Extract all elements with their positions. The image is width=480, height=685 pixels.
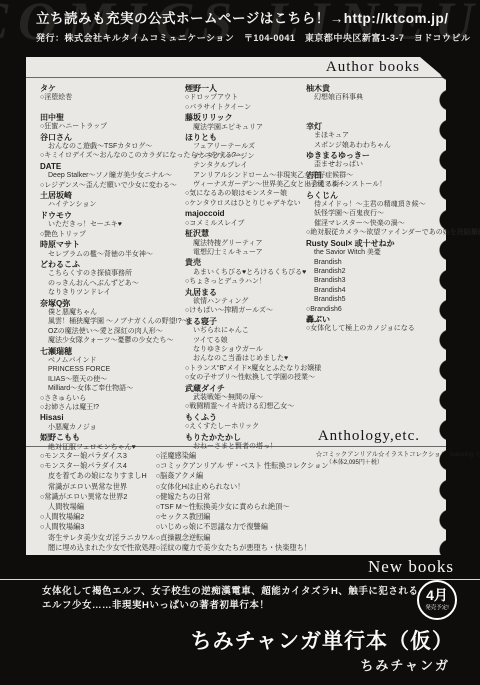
column-gap (306, 103, 480, 112)
anthology-column-3: ☆コミックアンリアル☆イラストコレクション featuring モグダン （本体… (316, 451, 480, 553)
book-title: 歪ませおっぱい (306, 160, 480, 169)
author-name: DATE (40, 161, 185, 171)
book-title: こちらくすのき探偵事務所 (40, 269, 185, 278)
book-title: ○トランス“B”メイド×魔女とふたなりお嬢様 (185, 364, 306, 373)
author-name: 柾沢慧 (185, 228, 306, 238)
author-name: 藤坂リリック (185, 112, 306, 122)
book-title: おんなのこ遊戯～TSFカタログ～ (40, 142, 185, 151)
book-title: ○パラサイトクイーン (185, 103, 306, 112)
book-title: 寄生サレタ美少女ガ淫ラニカワル (40, 533, 156, 543)
book-title: 催淫マレスター～快楽の渦～ (306, 219, 480, 228)
book-title: ヴィーナスガーデン～世界美乙女と出会える街～ (185, 180, 306, 189)
anthology-columns: ○モンスター娘パラダイス3○モンスター娘パラダイス4皮を着てあの娘になりすましH… (26, 447, 446, 553)
book-title: ○コメミルスレイブ (185, 219, 306, 228)
book-title: ILIAS～堕天の使～ (40, 375, 185, 384)
book-title: テンタクルバージン (185, 152, 306, 161)
author-name: もりたかたかし (185, 432, 306, 442)
book-title: Brandish (306, 258, 480, 267)
author-name: 時原マサト (40, 239, 185, 249)
new-book-author: ちみチャンガ (360, 655, 450, 674)
featured-collection-title: ☆コミックアンリアル☆イラストコレクション featuring モグダン (316, 451, 480, 459)
book-title: ○艶色トリップ (40, 230, 185, 239)
release-month-badge: 4月 発売予定! (417, 580, 457, 620)
book-title: ○モンスター娘パラダイス3 (40, 451, 156, 461)
book-title: OZの魔法使い～愛と深紅の肉人形～ (40, 327, 185, 336)
book-title: ○コミックアンリアル ザ・ベスト 性転換コレクション (156, 461, 316, 471)
book-title: 欲情ハンティング (185, 297, 306, 306)
book-title: 僕と悪魔ちゃん (40, 308, 185, 317)
book-title: ○さきゅらいら (40, 394, 185, 403)
book-title: 人間牧場編 (40, 502, 156, 512)
book-title: 侍メイドっ！～主君の精魂頂き候～ (306, 200, 480, 209)
book-title: ○Brandish6 (306, 305, 480, 314)
book-title: Deep Stalker～ソノ瞳ガ美少女ニナル～ (40, 171, 185, 180)
book-title: 電想幻士ミルキューア (185, 248, 306, 257)
author-name: 轟ぶい (306, 314, 480, 324)
official-homepage-url-line: 立ち読みも充実の公式ホームページはこちら！→http://ktcom.jp/ (36, 7, 448, 27)
book-title: the Savior Witch 美憂 (306, 248, 480, 257)
author-name: 田中聖 (40, 112, 185, 122)
book-title: ○常識がエロい異常な世界2 (40, 492, 156, 502)
book-title: ○淫魔感染編 (156, 451, 316, 461)
author-name: タケ (40, 83, 185, 93)
book-title: ○TSF M～性転換美少女に責められ絶頂～ (156, 502, 316, 512)
book-title: ○絶対服従カメラ～欲望ファインダーであの娘を洗脳撮影～ (306, 228, 480, 237)
anthology-column-1: ○モンスター娘パラダイス3○モンスター娘パラダイス4皮を着てあの娘になりすましH… (40, 451, 156, 553)
author-books-column-2: 煙野一人○ドロップアウト○パラサイトクイーン藤坂リリック魔法学園エピキュリアほり… (185, 83, 306, 426)
book-title: なりきりツンドレイ (40, 288, 185, 297)
new-books-section: New books 女体化して褐色エルフ、女子校生の逆痴漢電車、超能カイタズラH… (0, 555, 480, 685)
author-name: majoccoid (185, 208, 306, 218)
author-name: 武蔵ダイチ (185, 383, 306, 393)
book-title: ベノムバインド (40, 356, 185, 365)
book-title: ツイてる娘 (185, 336, 306, 345)
book-title: ○人間牧場編3 (40, 522, 156, 532)
book-title: セレブラムの檻～背徳の半女神～ (40, 250, 185, 259)
author-name: ほりとも (185, 132, 306, 142)
author-name: 貴売 (185, 257, 306, 267)
book-title: 常識がエロい異常な世界 (40, 482, 156, 492)
anthology-column-2: ○淫魔感染編○コミックアンリアル ザ・ベスト 性転換コレクション○脳姦アクメ編○… (156, 451, 316, 553)
book-title: おんなのこ当番はじめました♥ (185, 354, 306, 363)
book-title: ○お姉さんは魔王!? (40, 403, 185, 412)
book-title: フェアリーテールズ (185, 142, 306, 151)
author-name: 奈塚Q弥 (40, 298, 185, 308)
author-name: らくじん (306, 190, 480, 200)
book-title: ○戦闘精霊～イキ続ける幻想乙女～ (185, 402, 306, 411)
book-title: ○ちょきっとデュラハン！ (185, 277, 306, 286)
book-title: あまいくちびる♥とろけるくちびる♥ (185, 268, 306, 277)
new-book-description: 女体化して褐色エルフ、女子校生の逆痴漢電車、超能カイタズラH、触手に犯される エ… (42, 585, 418, 612)
catalog-panel: Author books タケ○淫堕絵巻田中聖○狂蜜ハニートラップ谷口さんおんな… (26, 57, 446, 555)
author-name: 丸居まる (185, 287, 306, 297)
book-title: ○えくすたしーホリック (185, 422, 306, 431)
book-title: ハイテンション (40, 200, 185, 209)
book-title: テンタクルプレイ (185, 161, 306, 170)
book-title: ○けもぱい～搾精ガールズ～ (185, 306, 306, 315)
book-title: ○女の子サプリ～性転換して学園の授業～ (185, 373, 306, 382)
book-title: 魔法少女隊クォーツ～憂鬱の少女たち～ (40, 336, 185, 345)
author-books-column-3: 柚木貴幻想娘百科事典幸灯まほキュアスポンジ娘あわわちゃんゆきまるゆっきー歪ませお… (306, 83, 480, 426)
book-title: 風雲！桶狭魔学園 ～ノブナガくんの野望!?～ (40, 317, 185, 326)
author-books-header: Author books (26, 57, 446, 78)
book-title: ○ドロップアウト (185, 93, 306, 102)
featured-collection-price: （本体2,095円＋税） (316, 459, 480, 467)
book-title: ○セックス教団編 (156, 512, 316, 522)
book-title: ○いじめっ娘に不思議な力で復讐編 (156, 522, 316, 532)
book-title: ○女体化Hは止められない！ (156, 482, 316, 492)
book-title: 武装戦姫～無間の扉～ (185, 393, 306, 402)
author-name: もくふう (185, 412, 306, 422)
author-name: 幸灯 (306, 121, 480, 131)
book-title: いただきっ！セーエキ♥ (40, 220, 185, 229)
publisher-address-line: 発行：株式会社キルタイムコミュニケーション 〒104-0041 東京都中央区新富… (36, 31, 471, 44)
book-title: ○女体化して極上のカノジョになる (306, 324, 480, 333)
author-name: Hisasi (40, 412, 185, 422)
book-title: 幻想娘百科事典 (306, 93, 480, 102)
book-title: ○気になるあの娘はモンスター娘 (185, 189, 306, 198)
book-title: 闇に埋め込まれた少女で性欲処理 (40, 543, 156, 553)
author-name: どわるこふ (40, 259, 185, 269)
book-title: ○レジデンス～歪んだ願いで少女に変わる～ (40, 181, 185, 190)
book-title: Brandish2 (306, 267, 480, 276)
book-title: いぢられにゃんこ (185, 326, 306, 335)
book-title: Brandish4 (306, 286, 480, 295)
author-name: ゆきまるゆっきー (306, 150, 480, 160)
book-title: ○モンスター娘パラダイス4 (40, 461, 156, 471)
new-book-description-line-1: 女体化して褐色エルフ、女子校生の逆痴漢電車、超能カイタズラH、触手に犯される (42, 585, 418, 599)
release-month: 4月 (419, 582, 455, 603)
author-name: ドウモウ (40, 210, 185, 220)
author-name: 七瀬瑞穂 (40, 346, 185, 356)
book-title: アンリアルシンドローム～非現実乙女愛好症候群～ (185, 171, 306, 180)
book-title: Brandish3 (306, 276, 480, 285)
column-gap (306, 112, 480, 121)
book-title: Brandish5 (306, 295, 480, 304)
author-books-column-1: タケ○淫堕絵巻田中聖○狂蜜ハニートラップ谷口さんおんなのこ遊戯～TSFカタログ～… (40, 83, 185, 426)
book-title: ○貞操観念逆転編 (156, 533, 316, 543)
author-books-columns: タケ○淫堕絵巻田中聖○狂蜜ハニートラップ谷口さんおんなのこ遊戯～TSFカタログ～… (26, 78, 446, 426)
book-title: 魔法特捜グリーティア (185, 239, 306, 248)
book-title: ○狂蜜ハニートラップ (40, 122, 185, 131)
new-book-title: ちみチャンガ単行本（仮） (191, 625, 454, 655)
new-books-header: New books (0, 555, 480, 580)
author-name: 谷口さん (40, 132, 185, 142)
new-book-description-line-2: エルフ少女……非現実Hいっぱいの著者初単行本！ (42, 599, 418, 613)
book-title: ○健嫁たちの日常 (156, 492, 316, 502)
book-title: スポンジ娘あわわちゃん (306, 141, 480, 150)
release-note: 発売予定! (419, 603, 455, 611)
book-title: なりゆきショウガール (185, 345, 306, 354)
book-title: ○キミイロデイズ～おんなのこのカラダになったらナニをする?～ (40, 151, 185, 160)
book-title: PRINCESS FORCE (40, 365, 185, 374)
book-title: ○ケンタウロスはひとりじゃデキない (185, 199, 306, 208)
book-title: 小悪魔カノジョ (40, 423, 185, 432)
book-title: 皮を着てあの娘になりすましH (40, 471, 156, 481)
author-name: 姫野こもも (40, 432, 185, 442)
book-title: ○人間牧場編2 (40, 512, 156, 522)
author-name: まる寝子 (185, 316, 306, 326)
top-banner: COMICS LINEUP 立ち読みも充実の公式ホームページはこちら！→http… (0, 0, 480, 57)
corner-decoration (420, 57, 446, 79)
book-title: Milliard～女体ご奉仕物語～ (40, 384, 185, 393)
book-title: 魔法学園エピキュリア (185, 123, 306, 132)
author-name: 煙野一人 (185, 83, 306, 93)
book-title: ○脳姦アクメ編 (156, 471, 316, 481)
book-title: ○子種フルインストール！ (306, 180, 480, 189)
author-name: 吉田 (306, 170, 480, 180)
book-title: ○淫紋の魔力で美少女たちが悪堕ち・快楽堕ち！ (156, 543, 316, 553)
author-name: 柚木貴 (306, 83, 480, 93)
column-gap (40, 103, 185, 112)
book-title: 妖怪学園～百鬼夜行～ (306, 209, 480, 218)
book-title: のっきんおんへぶんずどあ～ (40, 279, 185, 288)
book-title: ○淫堕絵巻 (40, 93, 185, 102)
author-name: Rusty Soul× 或十せねか (306, 238, 480, 248)
book-title: まほキュア (306, 131, 480, 140)
author-name: 土居坂崎 (40, 190, 185, 200)
